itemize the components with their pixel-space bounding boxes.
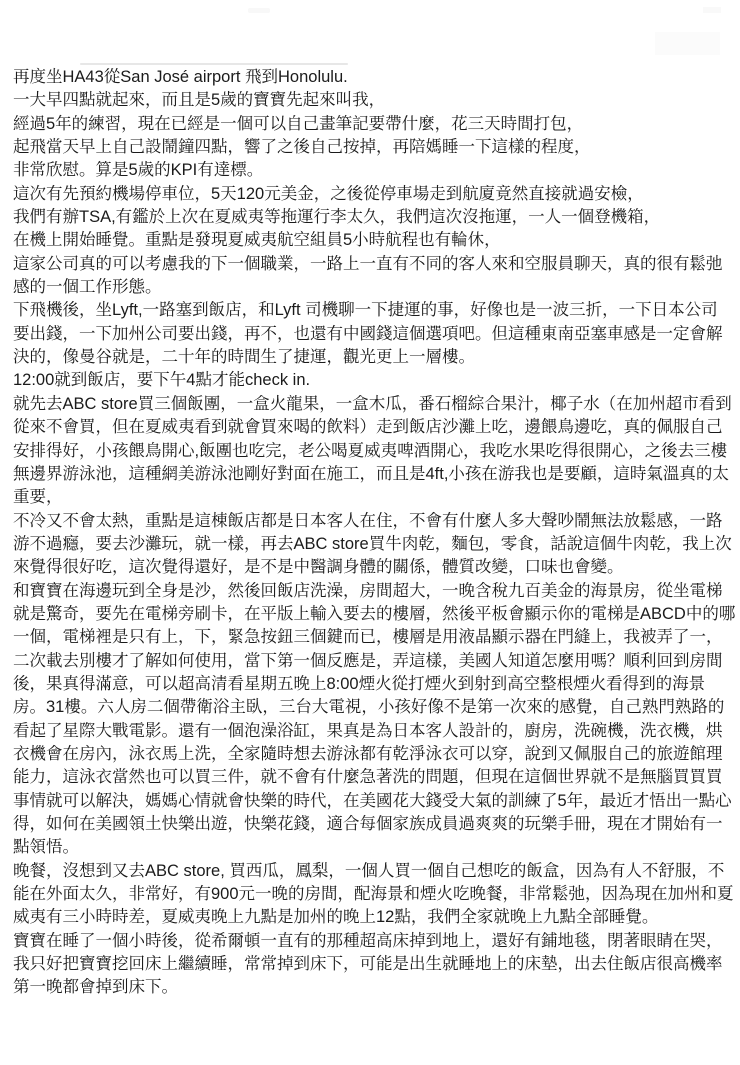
text-line: 寶寶在睡了一個小時後，從希爾頓一直有的那種超高床掉到地上，還好有鋪地毯，閉著眼睛… [13, 930, 736, 953]
text-line: 我們有辦TSA,有鑑於上次在夏威夷等拖運行李太久，我們這次沒拖運，一人一個登機箱… [13, 206, 736, 229]
text-line: 後，果真得滿意，可以超高清看星期五晚上8:00煙火從打煙火到射到高空整根煙火看得… [13, 673, 736, 696]
text-line: 這家公司真的可以考慮我的下一個職業，一路上一直有不同的客人來和空服員聊天，真的很… [13, 253, 736, 276]
text-line: 安排得好，小孩餵鳥開心,飯團也吃完，老公喝夏威夷啤酒開心，我吃水果吃得很開心，之… [13, 440, 736, 463]
text-line: 衣機會在房內，泳衣馬上洗，全家隨時想去游泳都有乾淨泳衣可以穿，說到又佩服自己的旅… [13, 743, 736, 766]
text-line: 晚餐，沒想到又去ABC store, 買西瓜，鳳梨，一個人買一個自己想吃的飯盒，… [13, 860, 736, 883]
text-line: 點領悟。 [13, 836, 736, 859]
text-line: 威夷有三小時時差，夏威夷晚上九點是加州的晚上12點，我們全家就晚上九點全部睡覺。 [13, 906, 736, 929]
text-line: 和寶寶在海邊玩到全身是沙，然後回飯店洗澡，房間超大，一晚含稅九百美金的海景房，從… [13, 580, 736, 603]
faint-smudge [655, 32, 720, 55]
text-line: 12:00就到飯店，要下午4點才能check in. [13, 369, 736, 392]
text-line: 二次載去別樓才了解如何使用，當下第一個反應是，弄這樣，美國人知道怎麼用嗎？順利回… [13, 650, 736, 673]
text-line: 經過5年的練習，現在已經是一個可以自己畫筆記要帶什麼，花三天時間打包， [13, 113, 736, 136]
text-line: 就先去ABC store買三個飯團，一盒火龍果，一盒木瓜，番石榴綜合果汁，椰子水… [13, 393, 736, 416]
text-line: 非常欣慰。算是5歲的KPI有達標。 [13, 159, 736, 182]
faint-smudge [703, 7, 721, 13]
text-line: 不冷又不會太熱，重點是這棟飯店都是日本客人在住，不會有什麼人多大聲吵鬧無法放鬆感… [13, 510, 736, 533]
text-line: 從來不會買，但在夏威夷看到就會買來喝的飲料）走到飯店沙灘上吃，邊餵鳥邊吃，真的佩… [13, 416, 736, 439]
travel-note-page: 再度坐HA43從San José airport 飛到Honolulu.一大早四… [0, 0, 740, 1065]
text-line: 一個，電梯裡是只有上，下，緊急按鈕三個鍵而已，樓層是用液晶顯示器在門縫上，我被弄… [13, 626, 736, 649]
text-line: 一大早四點就起來，而且是5歲的寶寶先起來叫我， [13, 89, 736, 112]
text-line: 要出錢，一下加州公司要出錢，再不，也還有中國錢這個選項吧。但這種東南亞塞車感是一… [13, 323, 736, 346]
text-line: 事情就可以解決，媽媽心情就會快樂的時代，在美國花大錢受大氣的訓練了5年，最近才悟… [13, 790, 736, 813]
text-line: 起飛當天早上自己設鬧鐘四點，響了之後自己按掉，再陪媽睡一下這樣的程度， [13, 136, 736, 159]
text-line: 決的，像曼谷就是，二十年的時間生了捷運，觀光更上一層樓。 [13, 346, 736, 369]
note-text-block: 再度坐HA43從San José airport 飛到Honolulu.一大早四… [13, 66, 736, 1000]
text-line: 房。31樓。六人房二個帶衛浴主臥，三台大電視，小孩好像不是第一次來的感覺，自己熟… [13, 696, 736, 719]
text-line: 無邊界游泳池，這種網美游泳池剛好對面在施工，而且是4ft,小孩在游我也是要顧，這… [13, 463, 736, 486]
text-line: 感的一個工作形態。 [13, 276, 736, 299]
text-line: 能在外面太久，非常好，有900元一晚的房間，配海景和煙火吃晚餐，非常鬆弛，因為現… [13, 883, 736, 906]
text-line: 就是驚奇，要先在電梯旁刷卡，在平版上輸入要去的樓層，然後平板會顯示你的電梯是AB… [13, 603, 736, 626]
partial-divider-artifact [80, 63, 348, 65]
text-line: 這次有先預約機場停車位，5天120元美金，之後從停車場走到航廈竟然直接就過安檢， [13, 183, 736, 206]
text-line: 能力，這泳衣當然也可以買三件，就不會有什麼急著洗的問題，但現在這個世界就不是無腦… [13, 766, 736, 789]
text-line: 重要， [13, 486, 736, 509]
text-line: 在機上開始睡覺。重點是發現夏威夷航空組員5小時航程也有輪休， [13, 229, 736, 252]
text-line: 看起了星際大戰電影。還有一個泡澡浴缸，果真是為日本客人設計的，廚房，洗碗機，洗衣… [13, 720, 736, 743]
text-line: 來覺得很好吃，這次覺得還好，是不是中醫調身體的關係，體質改變，口味也會變。 [13, 556, 736, 579]
text-line: 第一晚都會掉到床下。 [13, 976, 736, 999]
faint-smudge [248, 8, 270, 13]
text-line: 再度坐HA43從San José airport 飛到Honolulu. [13, 66, 736, 89]
text-line: 得，如何在美國領土快樂出遊，快樂花錢，適合每個家族成員過爽爽的玩樂手冊，現在才開… [13, 813, 736, 836]
text-line: 下飛機後，坐Lyft,一路塞到飯店，和Lyft 司機聊一下捷運的事，好像也是一波… [13, 299, 736, 322]
text-line: 我只好把寶寶挖回床上繼續睡，常常掉到床下，可能是出生就睡地上的床墊，出去住飯店很… [13, 953, 736, 976]
text-line: 游不過癮，要去沙灘玩，就一樣，再去ABC store買牛肉乾，麵包，零食，話說這… [13, 533, 736, 556]
